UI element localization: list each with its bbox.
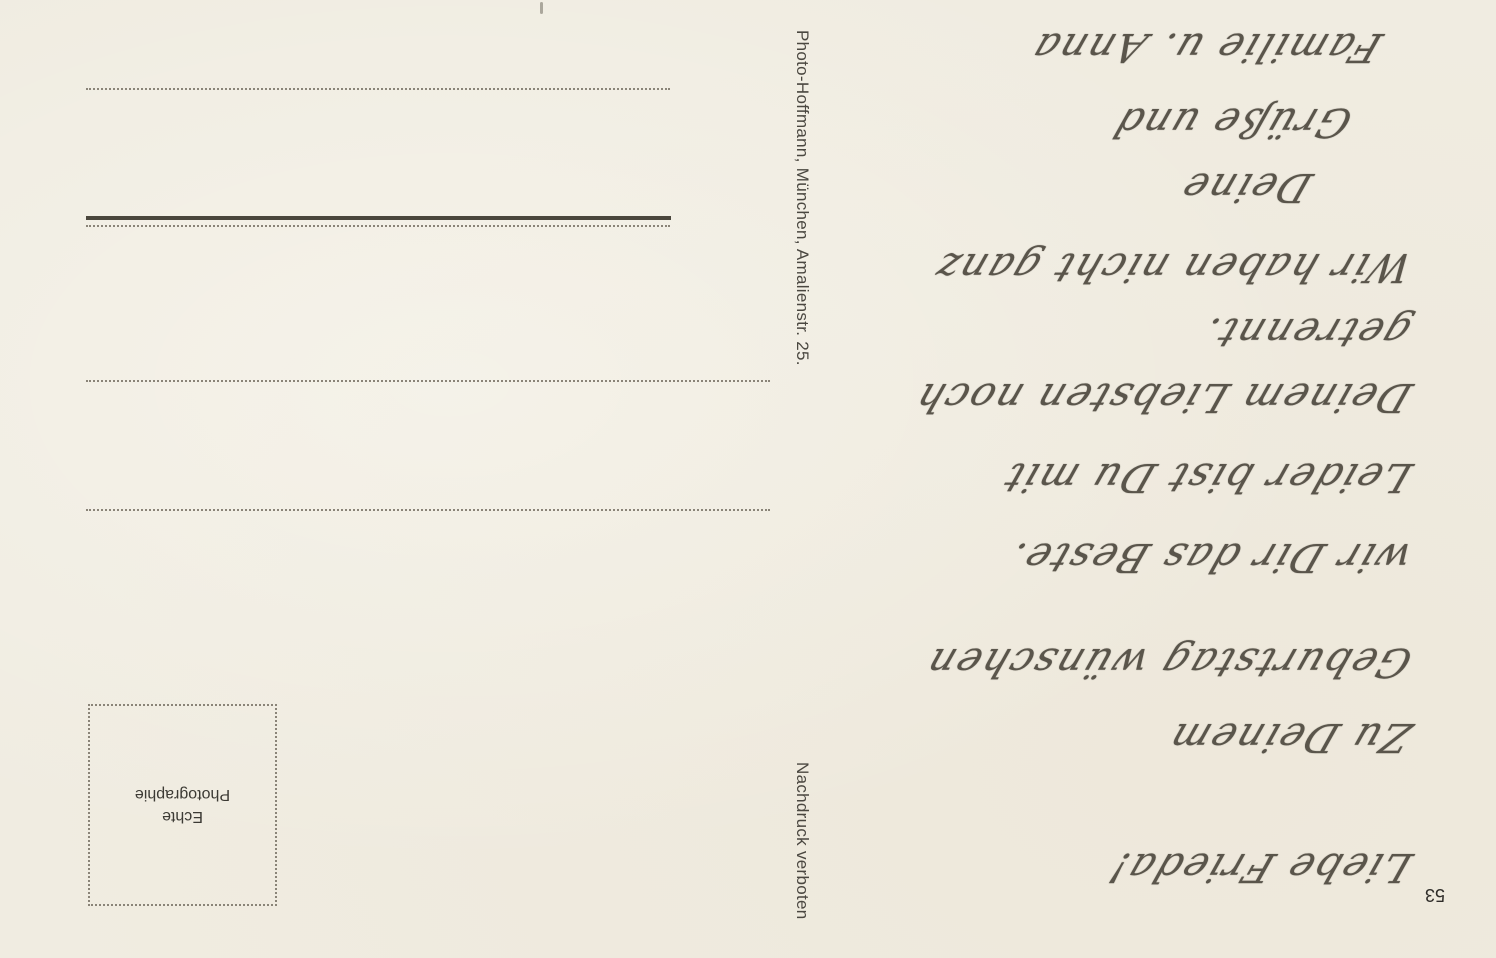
message-line: Leider bist Du mit: [996, 454, 1418, 500]
address-line-2: [86, 225, 670, 227]
message-line: getrennt.: [1195, 309, 1418, 355]
stamp-box-label: Echte Photographie: [90, 706, 275, 904]
message-line: Familie u. Anna: [1025, 24, 1389, 70]
message-line: Zu Deinem: [1161, 714, 1418, 760]
message-line: Wir haben nicht ganz: [927, 244, 1418, 290]
address-line-4: [86, 509, 770, 511]
stamp-label-line1: Echte: [162, 805, 203, 827]
stamp-box: Echte Photographie: [88, 704, 277, 906]
message-line: Geburtstag wünschen: [919, 639, 1419, 685]
message-line: Deinem Liebsten noch: [908, 374, 1419, 420]
publisher-address: Photo-Hoffmann, München, Amalienstr. 25.: [792, 30, 812, 366]
copyright-notice: Nachdruck verboten: [792, 762, 812, 920]
handwritten-message: Liebe Frieda! Zu Deinem Geburtstag wünsc…: [830, 10, 1450, 910]
paper-mark: [540, 2, 543, 14]
message-line: Grüße und: [1107, 99, 1359, 145]
postcard: Echte Photographie Photo-Hoffmann, Münch…: [0, 0, 1496, 958]
message-line: Deine: [1174, 164, 1319, 210]
publisher-imprint: Photo-Hoffmann, München, Amalienstr. 25.…: [792, 30, 812, 920]
address-underline-solid: [86, 216, 671, 220]
message-line: wir Dir das Beste.: [1001, 534, 1418, 580]
message-line: Liebe Frieda!: [1102, 844, 1419, 890]
address-line-1: [86, 88, 670, 90]
stamp-label-line2: Photographie: [135, 783, 230, 805]
address-line-3: [86, 380, 770, 382]
